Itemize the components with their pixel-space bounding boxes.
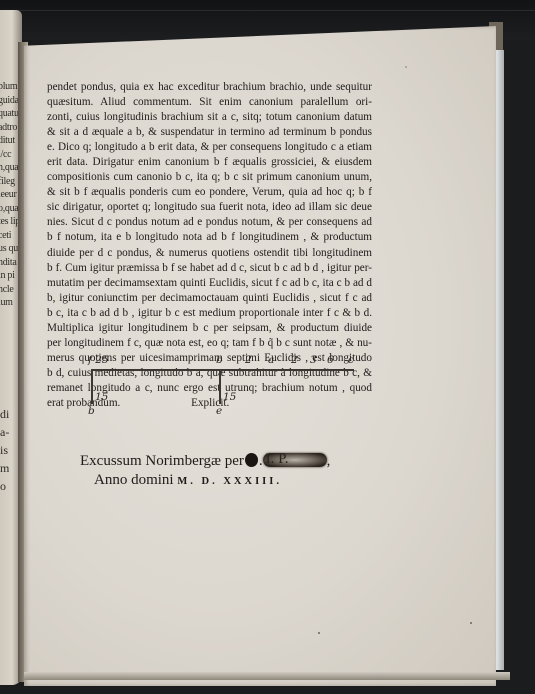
ink-stain-smear: I. P. <box>263 453 327 467</box>
lever-diagram: f 25b2a236c 15 b 15 e <box>88 350 358 430</box>
right-post-value: 15 <box>223 391 236 403</box>
text-line: compositionis cum canonio b c, ita q; b … <box>47 170 372 185</box>
text-line: b, igitur coniunctim per decimamoctauam … <box>47 291 372 306</box>
obscured-printer-name: I. P. <box>266 450 289 469</box>
text-line: b f notum, ita e b longitudo nota ad b f… <box>47 230 372 245</box>
anno-domini-text: Anno domini <box>94 472 174 488</box>
text-line: quæsitum. Aliud commentum. Sit enim cano… <box>47 95 372 110</box>
diagram-point-label: a <box>268 354 274 366</box>
text-line: nies. Sicut d c pondus notum ad e pondus… <box>47 215 372 230</box>
background-edge-line <box>0 10 535 11</box>
left-post-value: 15 <box>95 391 108 403</box>
diagram-point-label: b <box>216 354 223 366</box>
text-line: sic dirigatur, oportet q; longitudo sua … <box>47 200 372 215</box>
colophon-printer-text: Excussum Norimbergæ per <box>80 453 244 469</box>
paper-speck <box>405 66 407 68</box>
text-line: mutatim per decimamsextam quinti Euclidi… <box>47 276 372 291</box>
text-line: b f. Cum igitur præmissa b f se habet ad… <box>47 261 372 276</box>
diagram-point-label: c <box>348 354 354 366</box>
text-line: e. Dico q; longitudo a b erit data, & pe… <box>47 140 372 155</box>
text-line: zonti, cuius longitudinis brachium sit a… <box>47 110 372 125</box>
diagram-point-label: 2 <box>245 354 252 366</box>
left-post-endpoint: b <box>88 405 95 417</box>
colophon-line-1: Excussum Norimbergæ per.I. P., <box>80 452 330 471</box>
diagram-point-label: 6 <box>327 354 334 366</box>
diagram-middle-post <box>219 369 221 404</box>
colophon-line-2: Anno domini M. D. XXXIII. <box>94 471 330 491</box>
text-line: & sit a d æquale a b, & suspendatur in t… <box>47 125 372 140</box>
text-line: erit data. Dirigatur enim canonium b f æ… <box>47 155 372 170</box>
text-line: diuide per d c pondus, & numerus quotien… <box>47 246 372 261</box>
diagram-point-label: 3 <box>310 354 317 366</box>
ink-stain-dot <box>245 453 258 467</box>
text-line: b c, ita c b ad d b , igitur b c est med… <box>47 306 372 321</box>
year-roman-numeral: M. D. XXXIII. <box>177 476 282 487</box>
paper-speck <box>318 632 320 634</box>
diagram-beam <box>91 369 354 371</box>
page-bottom-edge <box>24 672 510 680</box>
text-line: pendet pondus, quia ex hac exceditur bra… <box>47 80 372 95</box>
diagram-point-label: 2 <box>291 354 298 366</box>
diagram-point-label: f 25 <box>88 354 109 366</box>
colophon: Excussum Norimbergæ per.I. P., Anno domi… <box>80 452 330 491</box>
text-line: per longitudinem f c, quæ nota est, eo q… <box>47 336 372 351</box>
right-post-endpoint: e <box>216 405 222 417</box>
text-line: & sit b f æqualis ponderis cum eo ponder… <box>47 185 372 200</box>
paper-speck <box>470 622 472 624</box>
text-line: Multiplica igitur longitudinem b c per s… <box>47 321 372 336</box>
diagram-left-post <box>91 369 93 404</box>
